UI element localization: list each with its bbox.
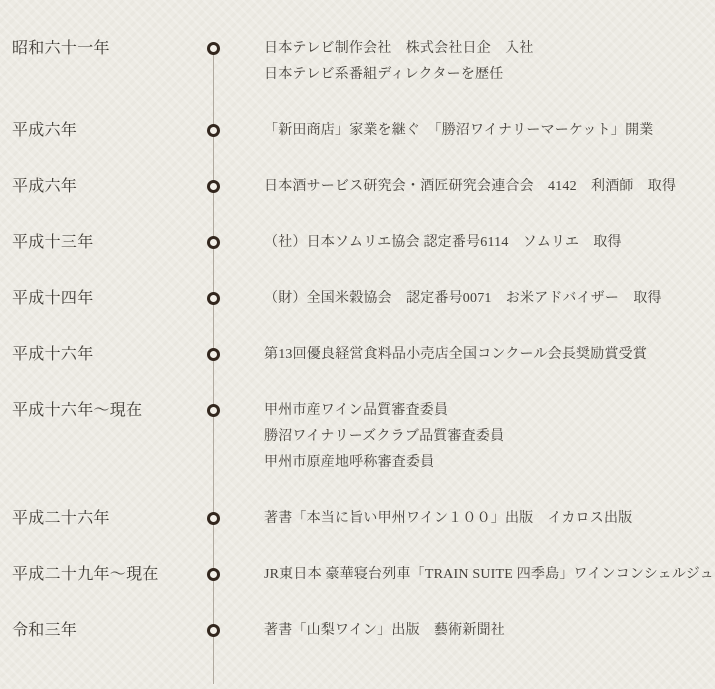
timeline-entry-year: 平成二十九年～現在 xyxy=(12,562,202,588)
timeline-dot-icon xyxy=(207,404,220,417)
timeline-entry-year: 平成六年 xyxy=(12,118,202,144)
timeline-entry-text: （社）日本ソムリエ協会 認定番号6114 ソムリエ 取得 xyxy=(264,230,707,256)
career-timeline: 昭和六十一年 日本テレビ制作会社 株式会社日企 入社日本テレビ系番組ディレクター… xyxy=(0,0,715,689)
timeline-entry-text: 日本テレビ制作会社 株式会社日企 入社 xyxy=(264,36,707,62)
timeline-entry-content: （財）全国米穀協会 認定番号0071 お米アドバイザー 取得 xyxy=(264,286,715,312)
timeline-entry-text: 日本テレビ系番組ディレクターを歴任 xyxy=(264,62,707,88)
timeline-entry-text: 甲州市原産地呼称審査委員 xyxy=(264,450,707,476)
timeline-entry-text: 著書「山梨ワイン」出版 藝術新聞社 xyxy=(264,618,707,644)
timeline-entry-content: 甲州市産ワイン品質審査委員勝沼ワイナリーズクラブ品質審査委員甲州市原産地呼称審査… xyxy=(264,398,715,476)
timeline-dot-icon xyxy=(207,42,220,55)
timeline-entry-text: （財）全国米穀協会 認定番号0071 お米アドバイザー 取得 xyxy=(264,286,707,312)
timeline-dot-icon xyxy=(207,568,220,581)
timeline-entry-text: 甲州市産ワイン品質審査委員 xyxy=(264,398,707,424)
timeline-entry-year: 昭和六十一年 xyxy=(12,36,202,62)
timeline-entry-year: 平成二十六年 xyxy=(12,506,202,532)
timeline-entry: 平成十六年 第13回優良経営食料品小売店全国コンクール会長奨励賞受賞 xyxy=(0,342,715,368)
timeline-entry-content: 「新田商店」家業を継ぐ 「勝沼ワイナリーマーケット」開業 xyxy=(264,118,715,144)
timeline-entry: 平成十三年 （社）日本ソムリエ協会 認定番号6114 ソムリエ 取得 xyxy=(0,230,715,256)
timeline-entry-year: 平成十三年 xyxy=(12,230,202,256)
timeline-entry-content: 著書「山梨ワイン」出版 藝術新聞社 xyxy=(264,618,715,644)
timeline-entry-year: 令和三年 xyxy=(12,618,202,644)
timeline-dot-icon xyxy=(207,180,220,193)
timeline-entry: 平成六年 「新田商店」家業を継ぐ 「勝沼ワイナリーマーケット」開業 xyxy=(0,118,715,144)
timeline-entry-content: 著書「本当に旨い甲州ワイン１００」出版 イカロス出版 xyxy=(264,506,715,532)
timeline-entry-content: JR東日本 豪華寝台列車「TRAIN SUITE 四季島」ワインコンシェルジュ xyxy=(264,562,715,588)
timeline-entry-text: 著書「本当に旨い甲州ワイン１００」出版 イカロス出版 xyxy=(264,506,707,532)
timeline-entry-content: 日本テレビ制作会社 株式会社日企 入社日本テレビ系番組ディレクターを歴任 xyxy=(264,36,715,88)
timeline-entry-text: 日本酒サービス研究会・酒匠研究会連合会 4142 利酒師 取得 xyxy=(264,174,707,200)
timeline-dot-icon xyxy=(207,512,220,525)
timeline-entry-text: 勝沼ワイナリーズクラブ品質審査委員 xyxy=(264,424,707,450)
timeline-entry-year: 平成六年 xyxy=(12,174,202,200)
timeline-entry-year: 平成十六年 xyxy=(12,342,202,368)
timeline-entry-year: 平成十六年～現在 xyxy=(12,398,202,424)
timeline-entry: 平成六年 日本酒サービス研究会・酒匠研究会連合会 4142 利酒師 取得 xyxy=(0,174,715,200)
timeline-entry-text: JR東日本 豪華寝台列車「TRAIN SUITE 四季島」ワインコンシェルジュ xyxy=(264,562,707,588)
timeline-entry: 令和三年 著書「山梨ワイン」出版 藝術新聞社 xyxy=(0,618,715,644)
timeline-entry-text: 「新田商店」家業を継ぐ 「勝沼ワイナリーマーケット」開業 xyxy=(264,118,707,144)
timeline-dot-icon xyxy=(207,624,220,637)
timeline-dot-icon xyxy=(207,236,220,249)
timeline-entry-year: 平成十四年 xyxy=(12,286,202,312)
timeline-entry: 平成二十六年 著書「本当に旨い甲州ワイン１００」出版 イカロス出版 xyxy=(0,506,715,532)
timeline-entry-content: （社）日本ソムリエ協会 認定番号6114 ソムリエ 取得 xyxy=(264,230,715,256)
timeline-dot-icon xyxy=(207,348,220,361)
timeline-entry: 昭和六十一年 日本テレビ制作会社 株式会社日企 入社日本テレビ系番組ディレクター… xyxy=(0,36,715,88)
timeline-dot-icon xyxy=(207,292,220,305)
timeline-entry-text: 第13回優良経営食料品小売店全国コンクール会長奨励賞受賞 xyxy=(264,342,707,368)
timeline-entry: 平成十六年～現在 甲州市産ワイン品質審査委員勝沼ワイナリーズクラブ品質審査委員甲… xyxy=(0,398,715,476)
timeline-entry: 平成十四年 （財）全国米穀協会 認定番号0071 お米アドバイザー 取得 xyxy=(0,286,715,312)
timeline-entry-content: 第13回優良経営食料品小売店全国コンクール会長奨励賞受賞 xyxy=(264,342,715,368)
timeline-dot-icon xyxy=(207,124,220,137)
timeline-entry: 平成二十九年～現在 JR東日本 豪華寝台列車「TRAIN SUITE 四季島」ワ… xyxy=(0,562,715,588)
timeline-entry-content: 日本酒サービス研究会・酒匠研究会連合会 4142 利酒師 取得 xyxy=(264,174,715,200)
